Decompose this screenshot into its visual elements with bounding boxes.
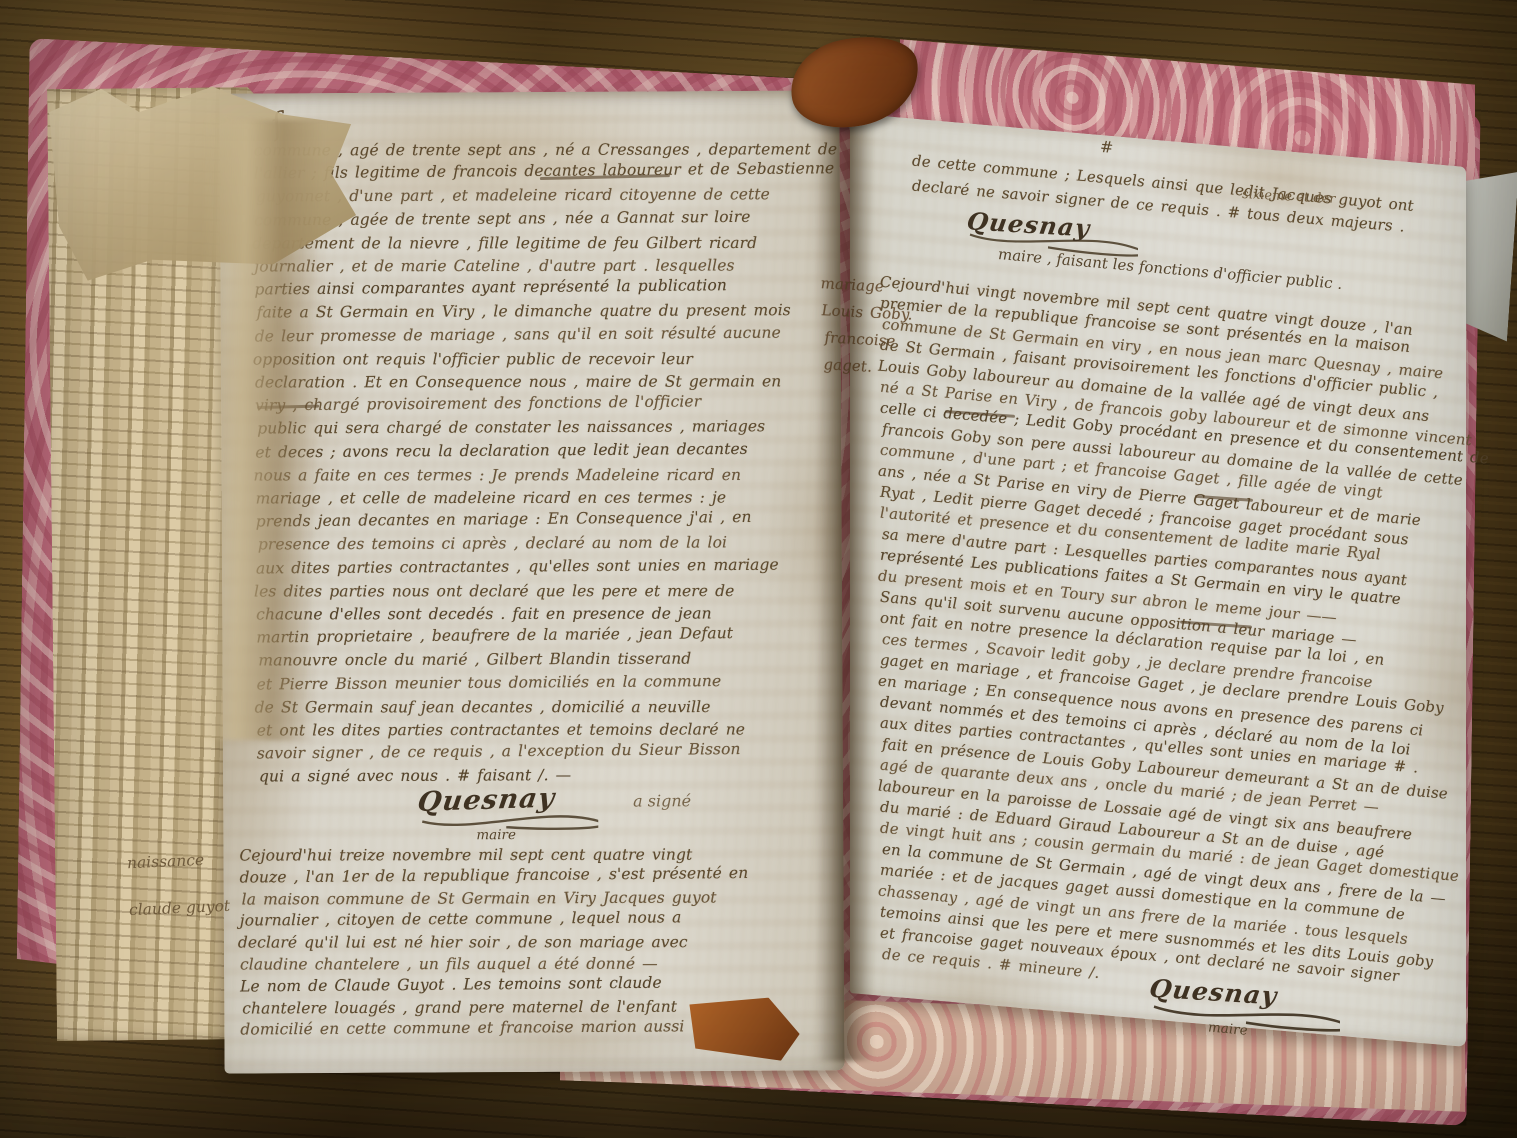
handwritten-line: aux dites parties contractantes , qu'ell… bbox=[256, 553, 840, 580]
handwritten-line: les dites parties nous ont declaré que l… bbox=[254, 580, 837, 604]
handwritten-line: douze , l'an 1er de la republique franco… bbox=[239, 863, 748, 889]
handwritten-line: opposition ont requis l'officier public … bbox=[253, 348, 836, 372]
photo-scene: ſ commune , agé de trente sept ans , né … bbox=[0, 0, 1517, 1138]
handwritten-line: domicilié en cette commune et francoise … bbox=[240, 1016, 749, 1042]
entry-birth-claude-guyot: Cejourd'hui treize novembre mil sept cen… bbox=[239, 843, 749, 1042]
handwritten-line: et deces ; avons recu la declaration que… bbox=[255, 437, 839, 464]
margin-note-line: claude guyot bbox=[128, 883, 231, 934]
margin-note-line: naissance bbox=[126, 836, 229, 887]
handwritten-line: l'allier ; fils legitime de francois dec… bbox=[254, 157, 838, 185]
book-spine-gutter bbox=[816, 86, 874, 1061]
right-page: # de cette commune ; Lesquels ainsi que … bbox=[850, 113, 1466, 1047]
entry-marriage-goby-gaget: Cejourd'hui vingt novembre mil sept cent… bbox=[880, 272, 1489, 1018]
handwritten-line: de St Germain sauf jean decantes , domic… bbox=[255, 696, 838, 720]
handwritten-line: de leur promesse de mariage , sans qu'il… bbox=[255, 321, 839, 348]
handwritten-line: declaré qu'il lui est né hier soir , de … bbox=[238, 932, 747, 954]
torn-edge-ridge bbox=[195, 119, 326, 741]
entry-marriage-decantes-ricard: commune , agé de trente sept ans , né a … bbox=[254, 136, 841, 789]
handwritten-line: martin proprietaire , beaufrere de la ma… bbox=[256, 621, 840, 649]
handwritten-line: prends jean decantes en mariage : En Con… bbox=[256, 505, 840, 533]
handwritten-line: parties ainsi comparantes ayant représen… bbox=[254, 273, 838, 301]
handwritten-line: savoir signer , de ce requis , a l'excep… bbox=[257, 737, 841, 765]
margin-note-naissance: naissance claude guyot bbox=[126, 836, 231, 934]
handwritten-line: journalier , citoyen de cette commune , … bbox=[240, 907, 749, 933]
signature-side-note: a signé bbox=[633, 791, 691, 810]
ink-hash-mark: # bbox=[1100, 137, 1113, 157]
signature-quesnay: Quesnay bbox=[416, 781, 601, 818]
handwritten-line: et Pierre Bisson meunier tous domiciliés… bbox=[256, 669, 840, 696]
handwritten-line: Le nom de Claude Guyot . Les temoins son… bbox=[240, 972, 749, 998]
handwritten-line: viry , chargé provisoirement des fonctio… bbox=[255, 389, 839, 417]
handwritten-line: departement de la nievre , fille legitim… bbox=[252, 232, 835, 256]
handwritten-line: nous a faite en ces termes : Je prends M… bbox=[253, 464, 836, 488]
signature-block-left: Quesnay a signé maire bbox=[418, 784, 598, 844]
